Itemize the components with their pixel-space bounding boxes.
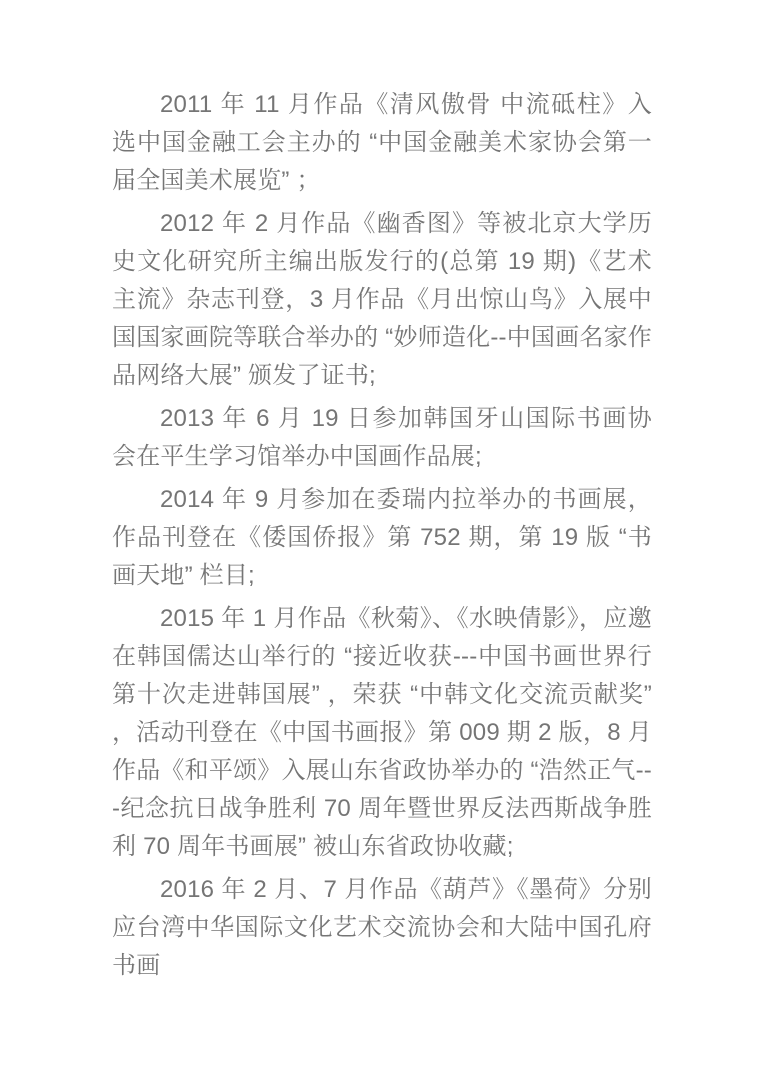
paragraph-2012: 2012 年 2 月作品《幽香图》等被北京大学历史文化研究所主编出版发行的(总第… (112, 205, 652, 395)
document-body: 2011 年 11 月作品《清风傲骨 中流砥柱》入选中国金融工会主办的 “中国金… (112, 86, 652, 985)
paragraph-2011: 2011 年 11 月作品《清风傲骨 中流砥柱》入选中国金融工会主办的 “中国金… (112, 86, 652, 200)
paragraph-2015: 2015 年 1 月作品《秋菊》、《水映倩影》，应邀在韩国儒达山举行的 “接近收… (112, 600, 652, 866)
document-page: 2011 年 11 月作品《清风傲骨 中流砥柱》入选中国金融工会主办的 “中国金… (0, 0, 763, 1080)
paragraph-2013: 2013 年 6 月 19 日参加韩国牙山国际书画协会在平生学习馆举办中国画作品… (112, 400, 652, 476)
paragraph-2014: 2014 年 9 月参加在委瑞内拉举办的书画展，作品刊登在《倭国侨报》第 752… (112, 481, 652, 595)
paragraph-2016: 2016 年 2 月、7 月作品《葫芦》《墨荷》分别应台湾中华国际文化艺术交流协… (112, 871, 652, 985)
